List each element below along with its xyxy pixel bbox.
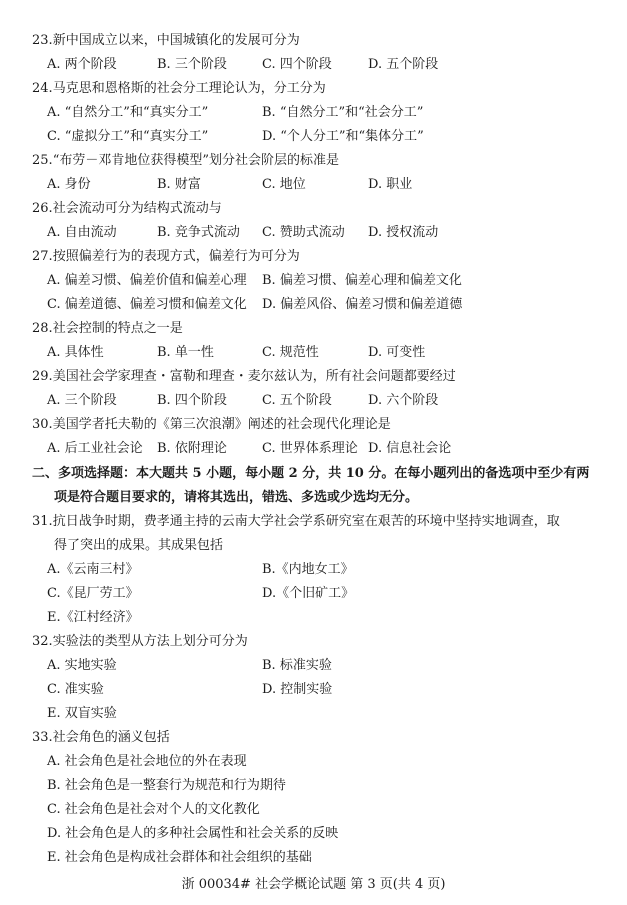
option-e: E. 社会角色是构成社会群体和社会组织的基础 <box>47 850 312 866</box>
option-c: C. 偏差道德、偏差习惯和偏差文化 <box>47 297 247 313</box>
question-number: 32. <box>32 634 53 649</box>
question-number: 24. <box>32 81 53 96</box>
option-c: C. 世界体系理论 <box>262 441 358 457</box>
option-a: A. 实地实验 <box>47 658 117 674</box>
page-footer: 浙 00034# 社会学概论试题 第 3 页(共 4 页) <box>0 877 627 893</box>
option-c: C. 赞助式流动 <box>262 225 345 241</box>
option-d: D. 偏差风俗、偏差习惯和偏差道德 <box>262 297 462 313</box>
question-stem: 实验法的类型从方法上划分可分为 <box>53 634 248 649</box>
option-c: C. “虚拟分工”和“真实分工” <box>47 129 208 145</box>
question-stem: “布劳－邓肯地位获得模型”划分社会阶层的标准是 <box>53 153 339 168</box>
question-29: 29.美国社会学家理查・富勒和理查・麦尔兹认为，所有社会问题都要经过 <box>32 369 456 385</box>
option-b: B. 竞争式流动 <box>157 225 240 241</box>
question-26: 26.社会流动可分为结构式流动与 <box>32 201 222 217</box>
option-a: A.《云南三村》 <box>47 562 139 578</box>
option-e: E. 双盲实验 <box>47 706 117 722</box>
option-d: D. “个人分工”和“集体分工” <box>262 129 424 145</box>
question-number: 27. <box>32 249 53 264</box>
option-b: B.《内地女工》 <box>262 562 354 578</box>
option-d: D. 六个阶段 <box>368 393 438 409</box>
option-d: D. 控制实验 <box>262 682 332 698</box>
exam-page: 23.新中国成立以来，中国城镇化的发展可分为 A. 两个阶段 B. 三个阶段 C… <box>0 0 627 905</box>
question-number: 29. <box>32 369 53 384</box>
option-a: A. 身份 <box>47 177 91 193</box>
option-a: A. 具体性 <box>47 345 104 361</box>
section-2-heading: 二、多项选择题：本大题共 5 小题，每小题 2 分，共 10 分。在每小题列出的… <box>32 466 589 482</box>
option-d: D.《个旧矿工》 <box>262 586 354 602</box>
question-stem: 马克思和恩格斯的社会分工理论认为，分工分为 <box>53 81 326 96</box>
question-27: 27.按照偏差行为的表现方式，偏差行为可分为 <box>32 249 300 265</box>
option-a: A. “自然分工”和“真实分工” <box>47 105 208 121</box>
question-23: 23.新中国成立以来，中国城镇化的发展可分为 <box>32 33 300 49</box>
option-d: D. 授权流动 <box>368 225 438 241</box>
option-d: D. 信息社会论 <box>368 441 451 457</box>
question-stem: 新中国成立以来，中国城镇化的发展可分为 <box>53 33 300 48</box>
option-b: B. 三个阶段 <box>157 57 227 73</box>
question-stem: 社会角色的涵义包括 <box>53 730 170 745</box>
option-a: A. 后工业社会论 <box>47 441 143 457</box>
question-number: 33. <box>32 730 53 745</box>
option-a: A. 两个阶段 <box>47 57 117 73</box>
option-a: A. 自由流动 <box>47 225 117 241</box>
question-31-stem-cont: 得了突出的成果。其成果包括 <box>54 538 223 554</box>
option-c: C. 五个阶段 <box>262 393 332 409</box>
question-stem: 社会控制的特点之一是 <box>53 321 183 336</box>
option-d: D. 可变性 <box>368 345 425 361</box>
option-c: C. 准实验 <box>47 682 104 698</box>
option-a: A. 社会角色是社会地位的外在表现 <box>47 754 247 770</box>
option-c: C. 规范性 <box>262 345 319 361</box>
question-number: 28. <box>32 321 53 336</box>
option-b: B. 标准实验 <box>262 658 332 674</box>
question-33: 33.社会角色的涵义包括 <box>32 730 170 746</box>
option-a: A. 三个阶段 <box>47 393 117 409</box>
question-28: 28.社会控制的特点之一是 <box>32 321 183 337</box>
question-number: 25. <box>32 153 53 168</box>
option-b: B. “自然分工”和“社会分工” <box>262 105 423 121</box>
question-number: 30. <box>32 417 53 432</box>
option-b: B. 单一性 <box>157 345 214 361</box>
question-stem: 美国学者托夫勒的《第三次浪潮》阐述的社会现代化理论是 <box>53 417 391 432</box>
option-b: B. 偏差习惯、偏差心理和偏差文化 <box>262 273 462 289</box>
option-e: E.《江村经济》 <box>47 610 139 626</box>
question-number: 31. <box>32 514 53 529</box>
option-c: C.《昆厂劳工》 <box>47 586 139 602</box>
question-24: 24.马克思和恩格斯的社会分工理论认为，分工分为 <box>32 81 326 97</box>
option-d: D. 五个阶段 <box>368 57 438 73</box>
option-b: B. 四个阶段 <box>157 393 227 409</box>
option-b: B. 依附理论 <box>157 441 227 457</box>
question-stem: 美国社会学家理查・富勒和理查・麦尔兹认为，所有社会问题都要经过 <box>53 369 456 384</box>
question-32: 32.实验法的类型从方法上划分可分为 <box>32 634 248 650</box>
question-31: 31.抗日战争时期，费孝通主持的云南大学社会学系研究室在艰苦的环境中坚持实地调查… <box>32 514 560 530</box>
question-stem: 社会流动可分为结构式流动与 <box>53 201 222 216</box>
option-d: D. 社会角色是人的多种社会属性和社会关系的反映 <box>47 826 338 842</box>
option-d: D. 职业 <box>368 177 412 193</box>
option-b: B. 社会角色是一整套行为规范和行为期待 <box>47 778 286 794</box>
option-c: C. 地位 <box>262 177 306 193</box>
option-c: C. 四个阶段 <box>262 57 332 73</box>
section-2-heading-cont: 项是符合题目要求的，请将其选出，错选、多选或少选均无分。 <box>54 490 418 506</box>
option-a: A. 偏差习惯、偏差价值和偏差心理 <box>47 273 247 289</box>
option-b: B. 财富 <box>157 177 201 193</box>
question-number: 26. <box>32 201 53 216</box>
option-c: C. 社会角色是社会对个人的文化教化 <box>47 802 260 818</box>
question-stem: 抗日战争时期，费孝通主持的云南大学社会学系研究室在艰苦的环境中坚持实地调查，取 <box>53 514 560 529</box>
question-30: 30.美国学者托夫勒的《第三次浪潮》阐述的社会现代化理论是 <box>32 417 391 433</box>
question-25: 25.“布劳－邓肯地位获得模型”划分社会阶层的标准是 <box>32 153 339 169</box>
question-stem: 按照偏差行为的表现方式，偏差行为可分为 <box>53 249 300 264</box>
question-number: 23. <box>32 33 53 48</box>
